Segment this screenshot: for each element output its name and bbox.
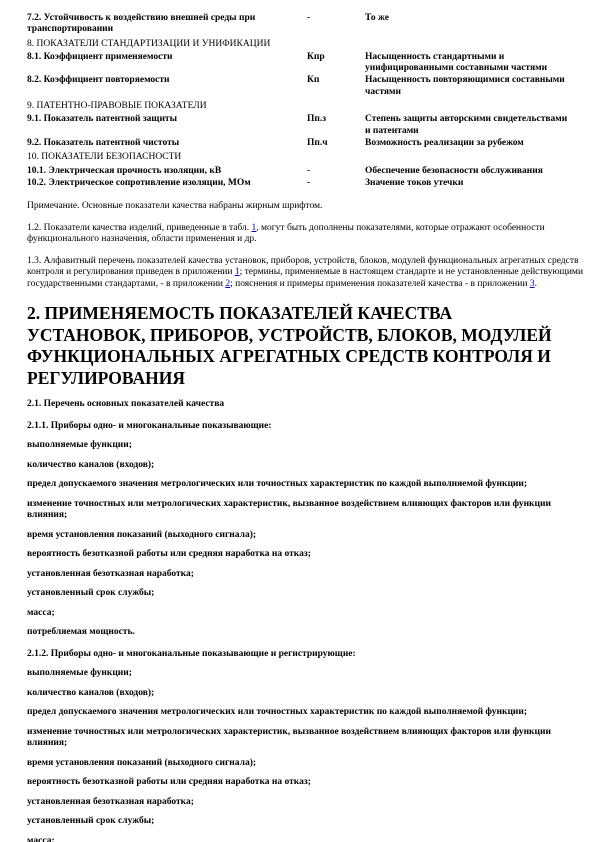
- paragraph-1-3: 1.3. Алфавитный перечень показателей кач…: [27, 256, 587, 291]
- list-item: предел допускаемого значения метрологиче…: [27, 479, 587, 491]
- list-item: выполняемые функции;: [27, 668, 587, 680]
- table-row: 9.1. Показатель патентной защиты Пп.з Ст…: [27, 114, 587, 137]
- document-page: 7.2. Устойчивость к воздействию внешней …: [0, 0, 595, 842]
- row-label: 9.2. Показатель патентной чистоты: [27, 138, 307, 149]
- table-row: 9.2. Показатель патентной чистоты Пп.ч В…: [27, 138, 587, 149]
- table-row: 8.1. Коэффициент применяемости Кпр Насыщ…: [27, 52, 587, 75]
- row-symbol: -: [307, 178, 365, 189]
- list-item: установленный срок службы;: [27, 588, 587, 600]
- table-row: 10.2. Электрическое сопротивление изоляц…: [27, 178, 587, 189]
- row-symbol: Пп.ч: [307, 138, 365, 149]
- section-2-1-1-title: 2.1.1. Приборы одно- и многоканальные по…: [27, 421, 587, 433]
- section-2-heading-line: РЕГУЛИРОВАНИЯ: [27, 368, 579, 390]
- row-description: То же: [365, 13, 587, 36]
- table-section-header: 9. ПАТЕНТНО-ПРАВОВЫЕ ПОКАЗАТЕЛИ: [27, 101, 587, 112]
- section-2-heading-line: 2. ПРИМЕНЯЕМОСТЬ ПОКАЗАТЕЛЕЙ КАЧЕСТВА: [27, 303, 579, 325]
- list-item: вероятность безотказной работы или средн…: [27, 549, 587, 561]
- list-item: количество каналов (входов);: [27, 460, 587, 472]
- list-item: предел допускаемого значения метрологиче…: [27, 707, 587, 719]
- section-2-1-2-title: 2.1.2. Приборы одно- и многоканальные по…: [27, 649, 587, 661]
- table-section-header: 8. ПОКАЗАТЕЛИ СТАНДАРТИЗАЦИИ И УНИФИКАЦИ…: [27, 39, 587, 50]
- row-label: 10.2. Электрическое сопротивление изоляц…: [27, 178, 307, 189]
- row-symbol: -: [307, 166, 365, 177]
- row-label: 7.2. Устойчивость к воздействию внешней …: [27, 13, 307, 36]
- list-item: изменение точностных или метрологических…: [27, 727, 587, 750]
- table-section-header: 10. ПОКАЗАТЕЛИ БЕЗОПАСНОСТИ: [27, 152, 587, 163]
- row-label: 8.2. Коэффициент повторяемости: [27, 75, 307, 98]
- table-row: 10.1. Электрическая прочность изоляции, …: [27, 166, 587, 177]
- row-description: Насыщенность стандартными и унифицирован…: [365, 52, 587, 75]
- standards-table: 7.2. Устойчивость к воздействию внешней …: [27, 13, 587, 189]
- section-2-heading: 2. ПРИМЕНЯЕМОСТЬ ПОКАЗАТЕЛЕЙ КАЧЕСТВА УС…: [27, 303, 579, 389]
- row-label: 10.1. Электрическая прочность изоляции, …: [27, 166, 307, 177]
- section-2-1-title: 2.1. Перечень основных показателей качес…: [27, 399, 587, 411]
- paragraph-1-3-text: .: [535, 279, 537, 289]
- list-item: потребляемая мощность.: [27, 627, 587, 639]
- list-item: вероятность безотказной работы или средн…: [27, 777, 587, 789]
- row-symbol: Пп.з: [307, 114, 365, 137]
- note-text: Примечание. Основные показатели качества…: [27, 201, 587, 213]
- paragraph-1-3-text: ; пояснения и примеры применения показат…: [230, 279, 530, 289]
- list-item: время установления показаний (выходного …: [27, 530, 587, 542]
- paragraph-1-2: 1.2. Показатели качества изделий, привед…: [27, 223, 587, 246]
- table-row: 8.2. Коэффициент повторяемости Кп Насыще…: [27, 75, 587, 98]
- row-label: 8.1. Коэффициент применяемости: [27, 52, 307, 75]
- row-symbol: Кп: [307, 75, 365, 98]
- list-item: время установления показаний (выходного …: [27, 758, 587, 770]
- table-row: 7.2. Устойчивость к воздействию внешней …: [27, 13, 587, 36]
- section-2-heading-line: УСТАНОВОК, ПРИБОРОВ, УСТРОЙСТВ, БЛОКОВ, …: [27, 325, 579, 347]
- row-description: Значение токов утечки: [365, 178, 587, 189]
- row-label: 9.1. Показатель патентной защиты: [27, 114, 307, 137]
- list-item: масса;: [27, 608, 587, 620]
- row-description: Возможность реализации за рубежом: [365, 138, 587, 149]
- list-item: выполняемые функции;: [27, 440, 587, 452]
- row-symbol: Кпр: [307, 52, 365, 75]
- list-item: установленная безотказная наработка;: [27, 797, 587, 809]
- section-2-heading-line: ФУНКЦИОНАЛЬНЫХ АГРЕГАТНЫХ СРЕДСТВ КОНТРО…: [27, 346, 579, 368]
- list-item: установленный срок службы;: [27, 816, 587, 828]
- list-item: изменение точностных или метрологических…: [27, 499, 587, 522]
- row-description: Обеспечение безопасности обслуживания: [365, 166, 587, 177]
- list-item: количество каналов (входов);: [27, 688, 587, 700]
- paragraph-1-2-text: 1.2. Показатели качества изделий, привед…: [27, 223, 252, 233]
- row-description: Насыщенность повторяющимися составными ч…: [365, 75, 587, 98]
- row-description: Степень защиты авторскими свидетельствам…: [365, 114, 587, 137]
- row-symbol: -: [307, 13, 365, 36]
- list-item: масса;: [27, 836, 587, 842]
- list-item: установленная безотказная наработка;: [27, 569, 587, 581]
